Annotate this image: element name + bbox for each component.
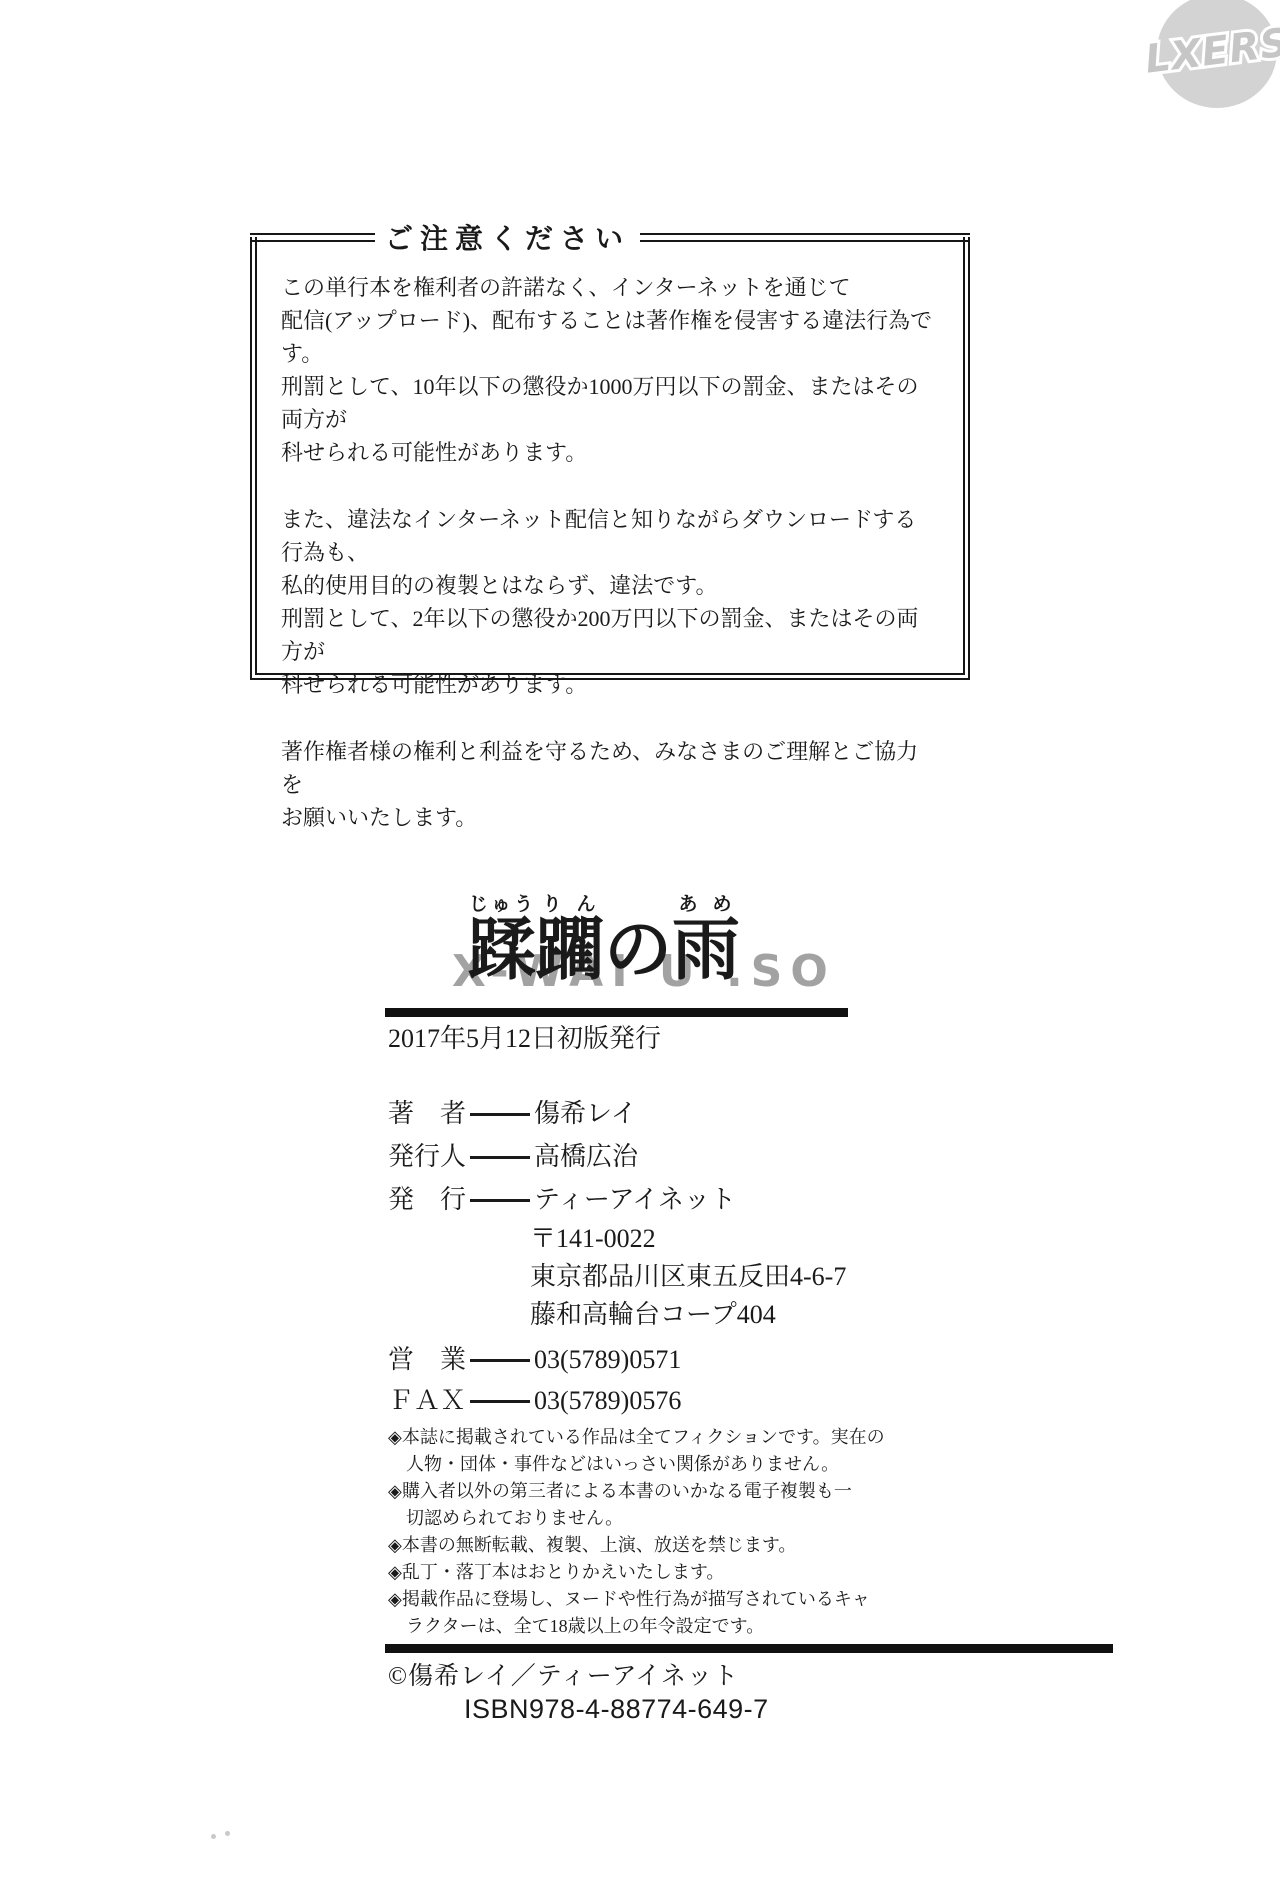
label-dash bbox=[470, 1199, 530, 1202]
publisher-address: 〒141-0022 東京都品川区東五反田4-6-7 藤和高輪台コープ404 bbox=[530, 1220, 846, 1334]
title-ruby-segment: の bbox=[604, 912, 672, 988]
author-label: 著 者 bbox=[388, 1097, 466, 1131]
isbn-number: ISBN978-4-88774-649-7 bbox=[464, 1694, 769, 1725]
fax-number: 03(5789)0576 bbox=[534, 1384, 681, 1418]
note-electronic-copy: ◈購入者以外の第三者による本書のいかなる電子複製も一 切認められておりません。 bbox=[388, 1478, 988, 1532]
publisher-name: ティーアイネット bbox=[534, 1183, 736, 1217]
note-defective-copy: ◈乱丁・落丁本はおとりかえいたします。 bbox=[388, 1559, 988, 1586]
warning-paragraph-request: 著作権者様の権利と利益を守るため、みなさまのご理解とご協力を お願いいたします。 bbox=[281, 735, 937, 834]
publisher-label: 発 行 bbox=[388, 1183, 466, 1217]
title-kanji: 雨 bbox=[672, 912, 740, 988]
scan-speck bbox=[225, 1831, 230, 1836]
footer-divider-rule bbox=[385, 1644, 1113, 1653]
warning-box-top-border: ご注意ください bbox=[250, 220, 970, 254]
warning-paragraph-upload: この単行本を権利者の許諾なく、インターネットを通じて 配信(アップロード)、配布… bbox=[281, 271, 937, 469]
warning-box-title: ご注意ください bbox=[375, 217, 640, 257]
author-name: 傷希レイ bbox=[534, 1097, 637, 1131]
note-reproduction-ban: ◈本書の無断転載、複製、上演、放送を禁じます。 bbox=[388, 1532, 988, 1559]
label-dash bbox=[470, 1156, 530, 1159]
info-row-author: 著 者 傷希レイ bbox=[388, 1097, 637, 1131]
title-ruby-segment: 雨あめ bbox=[672, 912, 740, 988]
title-furigana: あめ bbox=[672, 894, 740, 915]
colophon-page: LXERS ご注意ください この単行本を権利者の許諾なく、インターネットを通じて… bbox=[0, 0, 1280, 1883]
title-kanji: 蹂 bbox=[468, 912, 536, 988]
warning-box-body: この単行本を権利者の許諾なく、インターネットを通じて 配信(アップロード)、配布… bbox=[257, 237, 963, 834]
label-dash bbox=[470, 1359, 530, 1362]
edition-date: 2017年5月12日初版発行 bbox=[388, 1018, 661, 1055]
copyright-line: ©傷希レイ／ティーアイネット bbox=[388, 1656, 739, 1692]
title-kanji: 躙 bbox=[536, 912, 604, 988]
info-row-fax: ＦＡＸ 03(5789)0576 bbox=[388, 1384, 681, 1418]
warning-paragraph-download: また、違法なインターネット配信と知りながらダウンロードする行為も、 私的使用目的… bbox=[281, 503, 937, 701]
info-row-issuer: 発行人 高橋広治 bbox=[388, 1140, 638, 1174]
legal-notes-list: ◈本誌に掲載されている作品は全てフィクションです。実在の 人物・団体・事件などは… bbox=[388, 1424, 988, 1640]
note-age-statement: ◈掲載作品に登場し、ヌードや性行為が描写されているキャ ラクターは、全て18歳以… bbox=[388, 1586, 988, 1640]
top-border-line-right bbox=[640, 233, 970, 242]
sales-label: 営 業 bbox=[388, 1343, 466, 1377]
info-row-publisher: 発 行 ティーアイネット bbox=[388, 1183, 736, 1217]
note-fiction-disclaimer: ◈本誌に掲載されている作品は全てフィクションです。実在の 人物・団体・事件などは… bbox=[388, 1424, 988, 1478]
scan-speck bbox=[211, 1834, 216, 1839]
issuer-label: 発行人 bbox=[388, 1140, 466, 1174]
label-dash bbox=[470, 1400, 530, 1403]
top-border-line-left bbox=[250, 233, 375, 242]
info-row-sales-phone: 営 業 03(5789)0571 bbox=[388, 1343, 681, 1377]
title-furigana: りん bbox=[536, 894, 604, 915]
title-ruby-segment: 蹂じゅう bbox=[468, 912, 536, 988]
sales-phone-number: 03(5789)0571 bbox=[534, 1343, 681, 1377]
book-title: 蹂じゅう躙りんの雨あめ bbox=[468, 894, 740, 984]
title-divider-rule bbox=[385, 1008, 848, 1017]
title-ruby-segment: 躙りん bbox=[536, 912, 604, 988]
title-kana: の bbox=[604, 912, 672, 988]
copyright-warning-box: ご注意ください この単行本を権利者の許諾なく、インターネットを通じて 配信(アッ… bbox=[250, 237, 970, 680]
fax-label: ＦＡＸ bbox=[388, 1384, 466, 1418]
issuer-name: 高橋広治 bbox=[534, 1140, 638, 1174]
lxers-watermark-logo: LXERS bbox=[1157, 0, 1277, 108]
label-dash bbox=[470, 1113, 530, 1116]
title-furigana: じゅう bbox=[468, 894, 536, 915]
lxers-logo-text: LXERS bbox=[1142, 20, 1280, 82]
